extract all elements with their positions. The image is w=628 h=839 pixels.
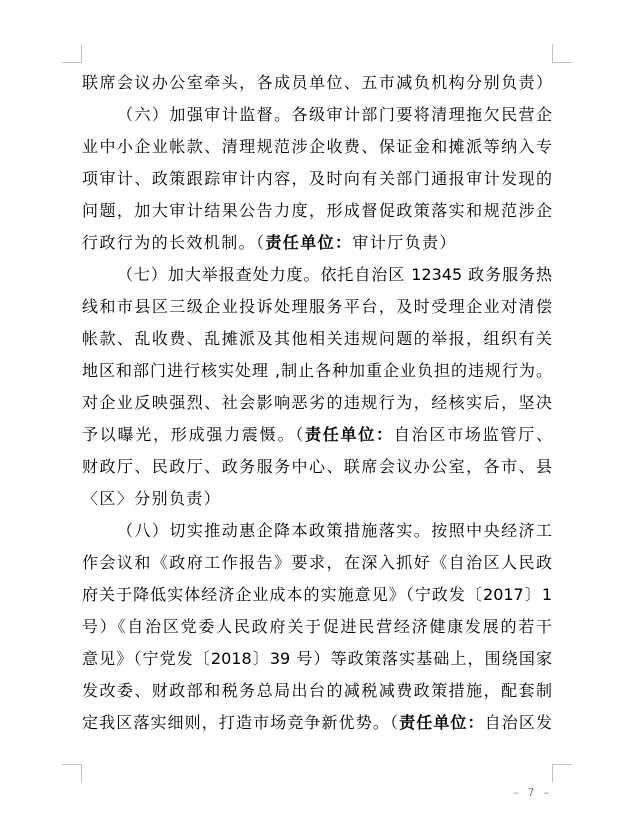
margin-corner-mark-bottom-left: [62, 764, 82, 782]
paragraph-audit-supervision: （六）加强审计监督。各级审计部门要将清理拖欠民营企 业中小企业帐款、清理规范涉企…: [82, 99, 552, 259]
responsibility-units: 自治区市场监管厅、: [394, 425, 552, 444]
line-text: 问题，加大审计结果公告力度，形成督促政策落实和规范涉企: [82, 201, 552, 220]
line-text: 联席会议办公室牵头，各成员单位、五市减负机构分别负责）: [82, 73, 552, 92]
line-text: 〈区〉分别负责）: [82, 489, 221, 508]
text-line: 财政厅、民政厅、政务服务中心、联席会议办公室，各市、县: [82, 451, 552, 483]
line-text: （七）加大举报查处力度。依托自治区 12345 政务服务热: [117, 265, 552, 284]
responsibility-units: 自治区发: [485, 713, 552, 732]
responsibility-units: 审计厅负责）: [352, 233, 456, 252]
text-line: 〈区〉分别负责）: [82, 483, 552, 515]
line-text: 予以曝光，形成强力震慑。（: [82, 425, 305, 444]
line-text: 线和市县区三级企业投诉处理服务平台，及时受理企业对清偿: [82, 297, 552, 316]
line-text: 发改委、财政部和税务总局出台的减税减费政策措施，配套制: [82, 681, 552, 700]
page-number: – 7 –: [513, 785, 552, 801]
line-text: （六）加强审计监督。各级审计部门要将清理拖欠民营企: [117, 105, 552, 124]
text-line: 业中小企业帐款、清理规范涉企收费、保证金和摊派等纳入专: [82, 131, 552, 163]
line-text: 府关于降低实体经济企业成本的实施意见》（宁政发〔2017〕1: [82, 585, 552, 604]
line-text: 地区和部门进行核实处理 ,制止各种加重企业负担的违规行为。: [82, 361, 552, 380]
text-line: 号）《自治区党委人民政府关于促进民营经济健康发展的若干: [82, 611, 552, 643]
line-text: 定我区落实细则，打造市场竞争新优势。（: [82, 713, 399, 732]
line-text: 行政行为的长效机制。（: [82, 233, 265, 252]
paragraph-cost-reduction-policy: （八）切实推动惠企降本政策措施落实。按照中央经济工 作会议和《政府工作报告》要求…: [82, 515, 552, 739]
text-line: （六）加强审计监督。各级审计部门要将清理拖欠民营企: [82, 99, 552, 131]
responsibility-label: 责任单位：: [305, 425, 394, 444]
margin-corner-mark-top-right: [552, 44, 572, 63]
line-text: 项审计、政策跟踪审计内容，及时向有关部门通报审计发现的: [82, 169, 552, 188]
text-line: 线和市县区三级企业投诉处理服务平台，及时受理企业对清偿: [82, 291, 552, 323]
text-line: 地区和部门进行核实处理 ,制止各种加重企业负担的违规行为。: [82, 355, 552, 387]
text-line: 对企业反映强烈、社会影响恶劣的违规行为，经核实后，坚决: [82, 387, 552, 419]
responsibility-label: 责任单位：: [265, 233, 352, 252]
line-text: 帐款、乱收费、乱摊派及其他相关违规问题的举报，组织有关: [82, 329, 552, 348]
text-line: 行政行为的长效机制。（责任单位：审计厅负责）: [82, 227, 552, 259]
margin-corner-mark-bottom-right: [552, 764, 572, 782]
line-text: 业中小企业帐款、清理规范涉企收费、保证金和摊派等纳入专: [82, 137, 552, 156]
text-line: 发改委、财政部和税务总局出台的减税减费政策措施，配套制: [82, 675, 552, 707]
text-line: 联席会议办公室牵头，各成员单位、五市减负机构分别负责）: [82, 67, 552, 99]
text-line: （七）加大举报查处力度。依托自治区 12345 政务服务热: [82, 259, 552, 291]
text-line: 项审计、政策跟踪审计内容，及时向有关部门通报审计发现的: [82, 163, 552, 195]
line-text: （八）切实推动惠企降本政策措施落实。按照中央经济工: [117, 521, 552, 540]
text-line: 定我区落实细则，打造市场竞争新优势。（责任单位：自治区发: [82, 707, 552, 739]
document-page: 联席会议办公室牵头，各成员单位、五市减负机构分别负责） （六）加强审计监督。各级…: [0, 0, 628, 839]
line-text: 号）《自治区党委人民政府关于促进民营经济健康发展的若干: [82, 617, 552, 636]
paragraph-report-investigation: （七）加大举报查处力度。依托自治区 12345 政务服务热 线和市县区三级企业投…: [82, 259, 552, 515]
responsibility-label: 责任单位：: [399, 713, 485, 732]
line-text: 意见》（宁党发〔2018〕39 号）等政策落实基础上，围绕国家: [82, 649, 552, 668]
margin-corner-mark-top-left: [62, 44, 82, 63]
line-text: 作会议和《政府工作报告》要求，在深入抓好《自治区人民政: [82, 553, 552, 572]
line-text: 财政厅、民政厅、政务服务中心、联席会议办公室，各市、县: [82, 457, 552, 476]
text-line: 府关于降低实体经济企业成本的实施意见》（宁政发〔2017〕1: [82, 579, 552, 611]
text-line: 予以曝光，形成强力震慑。（责任单位：自治区市场监管厅、: [82, 419, 552, 451]
text-line: （八）切实推动惠企降本政策措施落实。按照中央经济工: [82, 515, 552, 547]
document-body: 联席会议办公室牵头，各成员单位、五市减负机构分别负责） （六）加强审计监督。各级…: [82, 67, 552, 739]
text-line: 帐款、乱收费、乱摊派及其他相关违规问题的举报，组织有关: [82, 323, 552, 355]
text-line: 作会议和《政府工作报告》要求，在深入抓好《自治区人民政: [82, 547, 552, 579]
paragraph-continuation: 联席会议办公室牵头，各成员单位、五市减负机构分别负责）: [82, 67, 552, 99]
text-line: 问题，加大审计结果公告力度，形成督促政策落实和规范涉企: [82, 195, 552, 227]
text-line: 意见》（宁党发〔2018〕39 号）等政策落实基础上，围绕国家: [82, 643, 552, 675]
line-text: 对企业反映强烈、社会影响恶劣的违规行为，经核实后，坚决: [82, 393, 552, 412]
